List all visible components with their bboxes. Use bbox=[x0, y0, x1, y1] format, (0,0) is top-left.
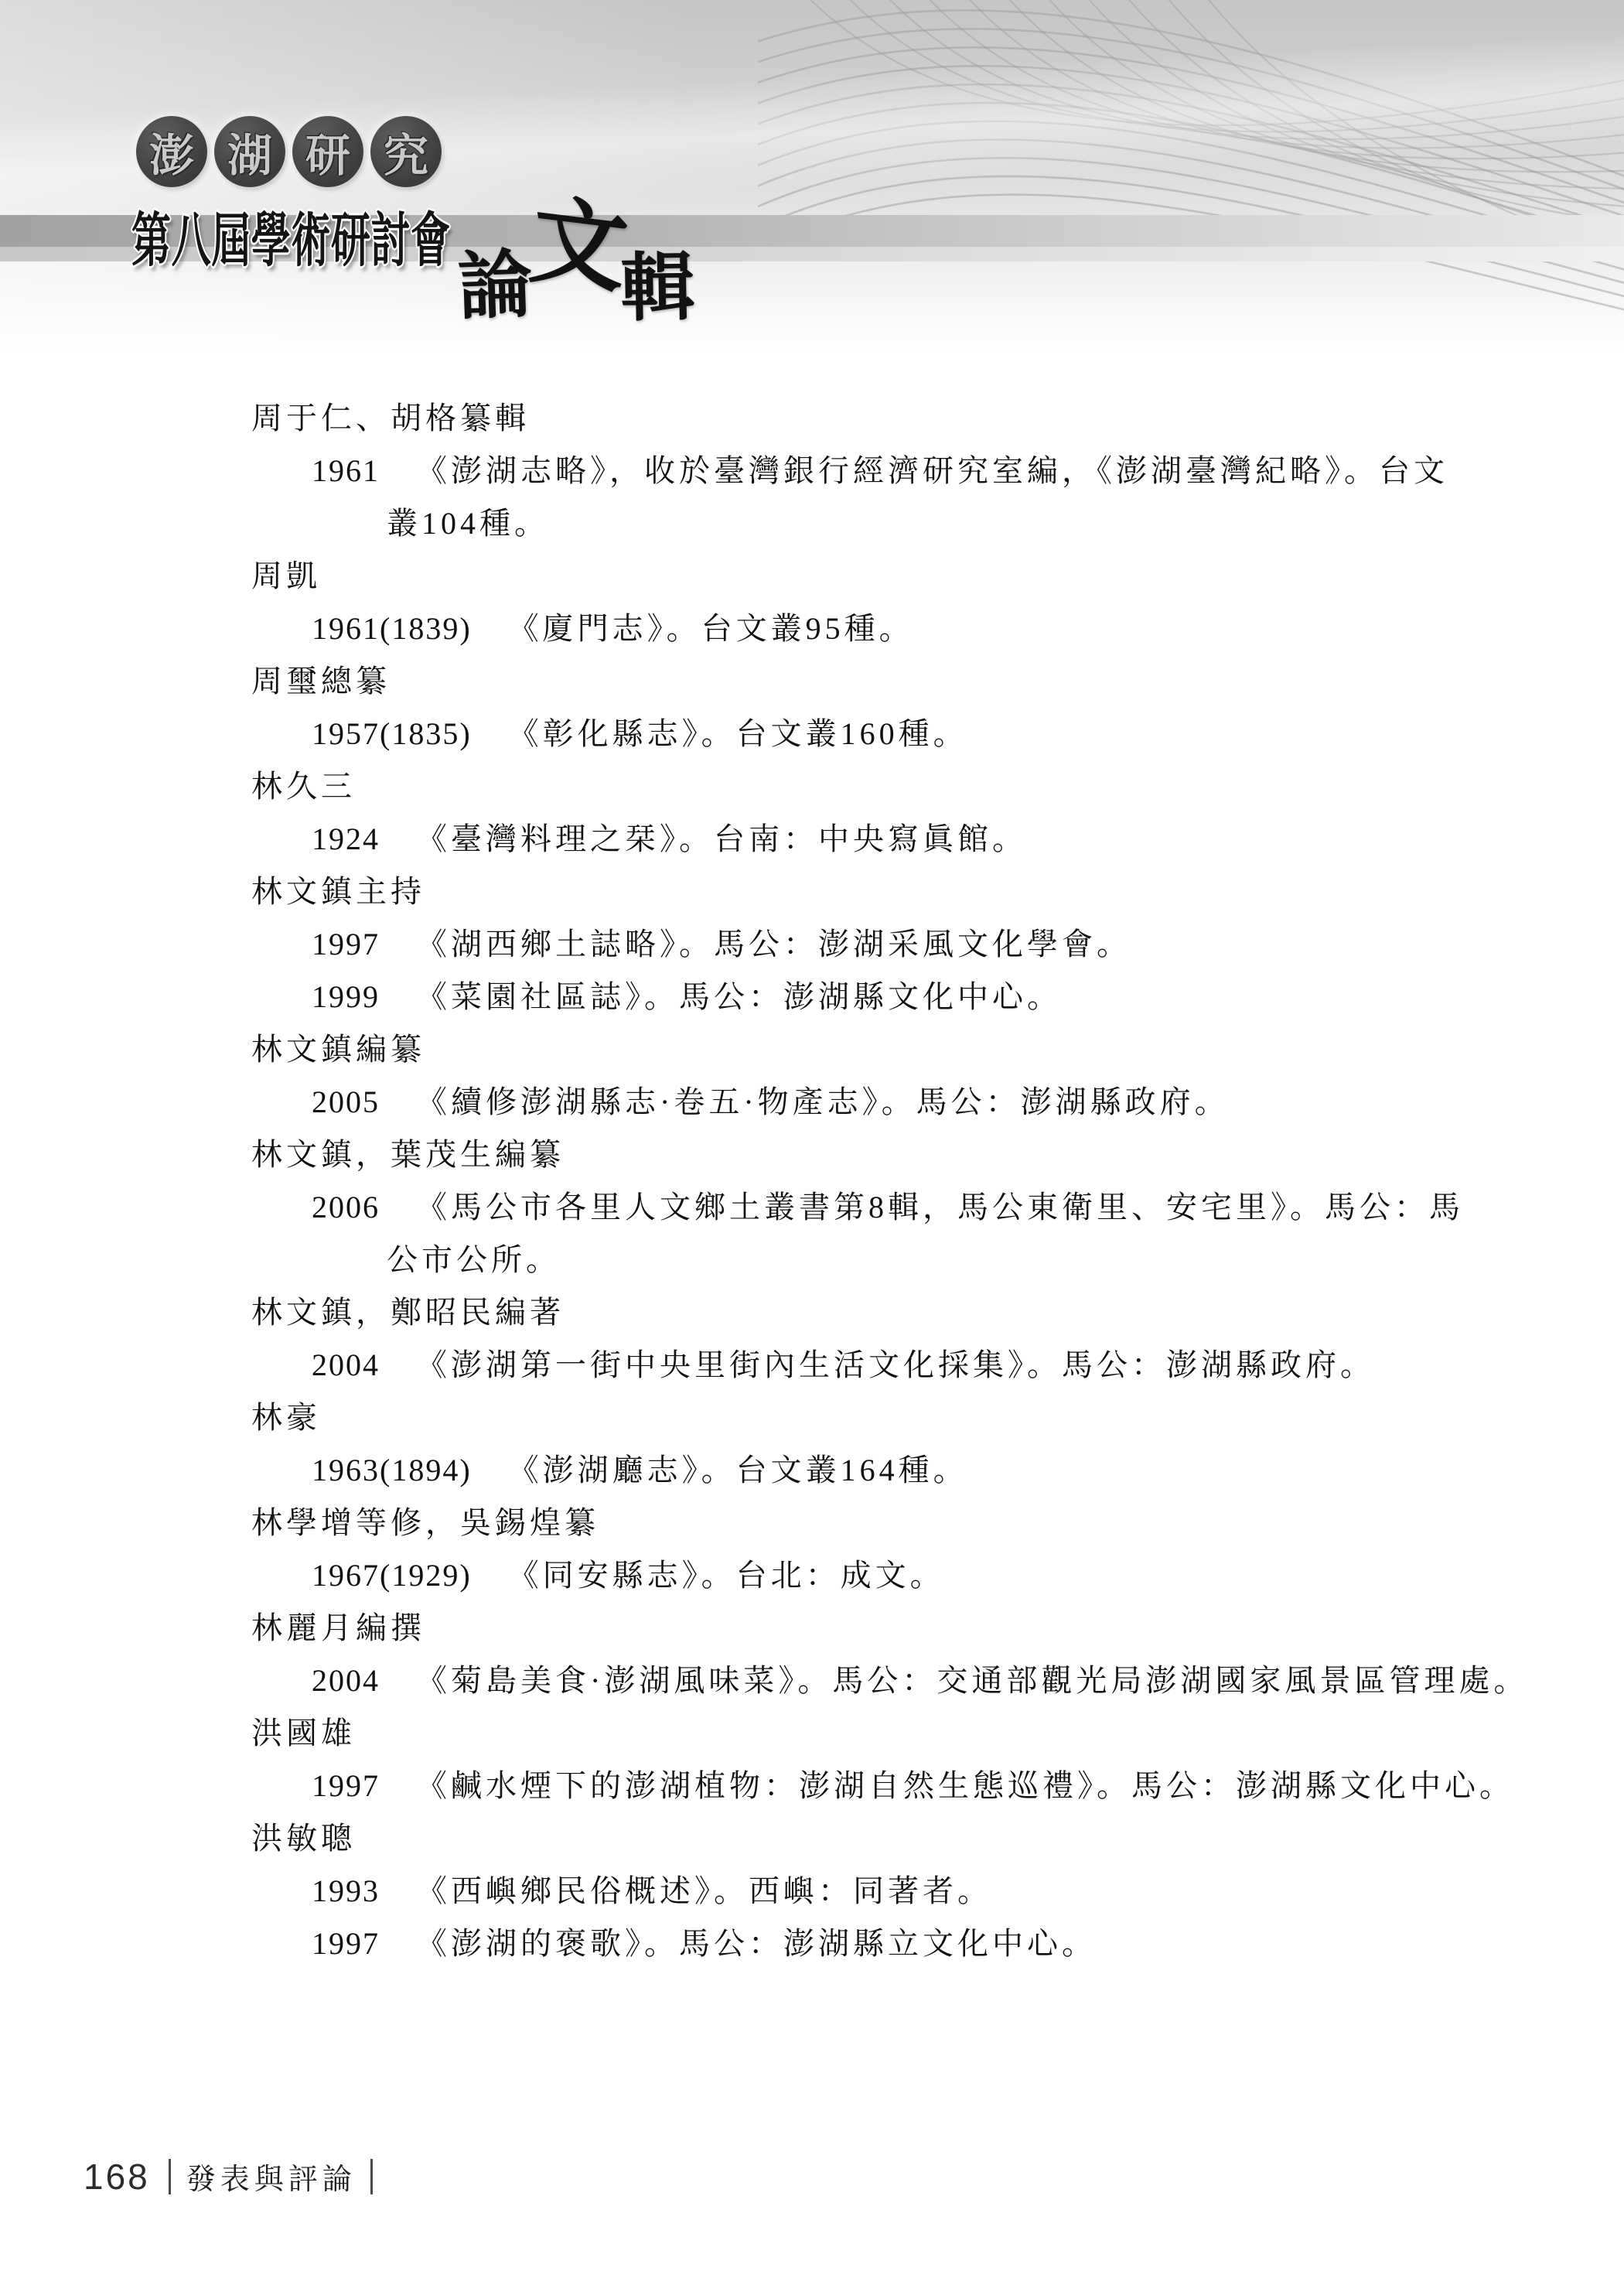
entry-year: 2005 bbox=[312, 1076, 380, 1129]
entry-year: 1924 bbox=[312, 813, 380, 866]
entry-line: 1924《臺灣料理之栞》。台南：中央寫眞館。 bbox=[0, 813, 1624, 866]
entry-line: 2005《續修澎湖縣志·卷五·物產志》。馬公：澎湖縣政府。 bbox=[0, 1076, 1624, 1129]
scanned-document-page: 澎 湖 研 究 第八屆學術研討會 論 文 輯 周于仁、胡格纂輯1961《澎湖志略… bbox=[0, 0, 1624, 2278]
entry-year: 1961 bbox=[312, 445, 380, 497]
author-heading: 洪國雄 bbox=[0, 1707, 1624, 1760]
entry-year: 1993 bbox=[312, 1865, 380, 1918]
author-heading: 林學增等修，吳錫煌纂 bbox=[0, 1497, 1624, 1549]
entry-year: 2006 bbox=[312, 1181, 380, 1234]
entry-text: 《澎湖第一街中央里街內生活文化採集》。馬公：澎湖縣政府。 bbox=[416, 1347, 1375, 1382]
entry-continuation-line: 公市公所。 bbox=[0, 1234, 1624, 1286]
page-footer: 168 發表與評論 bbox=[84, 2155, 373, 2198]
entry-year: 1997 bbox=[312, 918, 380, 971]
author-heading: 林文鎮主持 bbox=[0, 866, 1624, 918]
entry-year: 1997 bbox=[312, 1760, 380, 1812]
author-heading: 林文鎮，鄭昭民編著 bbox=[0, 1286, 1624, 1339]
footer-divider-bar bbox=[169, 2159, 171, 2194]
entry-text: 《廈門志》。台文叢95種。 bbox=[508, 611, 914, 646]
entry-text: 《澎湖廳志》。台文叢164種。 bbox=[508, 1453, 968, 1487]
calligraphy-char-ji: 輯 bbox=[619, 228, 695, 336]
logo-circle-char: 湖 bbox=[214, 116, 285, 187]
entry-text: 《西嶼鄉民俗概述》。西嶼：同著者。 bbox=[416, 1873, 992, 1908]
entry-text: 《彰化縣志》。台文叢160種。 bbox=[508, 716, 968, 751]
entry-continuation-line: 叢104種。 bbox=[0, 497, 1624, 550]
entry-year: 1997 bbox=[312, 1918, 380, 1970]
author-heading: 林久三 bbox=[0, 760, 1624, 813]
entry-text: 《臺灣料理之栞》。台南：中央寫眞館。 bbox=[416, 821, 1027, 856]
entry-line: 1993《西嶼鄉民俗概述》。西嶼：同著者。 bbox=[0, 1865, 1624, 1918]
entry-text: 《鹹水煙下的澎湖植物：澎湖自然生態巡禮》。馬公：澎湖縣文化中心。 bbox=[416, 1768, 1514, 1803]
entry-line: 2006《馬公市各里人文鄉土叢書第8輯，馬公東衛里、安宅里》。馬公：馬 bbox=[0, 1181, 1624, 1234]
conference-subtitle: 第八屆學術研討會 bbox=[131, 206, 451, 275]
bibliography: 周于仁、胡格纂輯1961《澎湖志略》，收於臺灣銀行經濟研究室編，《澎湖臺灣紀略》… bbox=[0, 392, 1624, 1970]
logo-circle-char: 澎 bbox=[136, 116, 207, 187]
entry-line: 1997《鹹水煙下的澎湖植物：澎湖自然生態巡禮》。馬公：澎湖縣文化中心。 bbox=[0, 1760, 1624, 1812]
entry-year: 2004 bbox=[312, 1655, 380, 1707]
entry-year: 1957(1835) bbox=[312, 708, 472, 760]
author-heading: 林文鎮編纂 bbox=[0, 1023, 1624, 1076]
logo-circle-char: 究 bbox=[370, 116, 442, 187]
entry-line: 1997《澎湖的褒歌》。馬公：澎湖縣立文化中心。 bbox=[0, 1918, 1624, 1970]
entry-text: 《澎湖的褒歌》。馬公：澎湖縣立文化中心。 bbox=[416, 1926, 1097, 1961]
author-heading: 周凱 bbox=[0, 550, 1624, 603]
page-number: 168 bbox=[84, 2156, 150, 2198]
entry-year: 1999 bbox=[312, 971, 380, 1023]
entry-year: 1967(1929) bbox=[312, 1549, 472, 1602]
entry-line: 1961《澎湖志略》，收於臺灣銀行經濟研究室編，《澎湖臺灣紀略》。台文 bbox=[0, 445, 1624, 497]
entry-text: 《湖西鄉土誌略》。馬公：澎湖采風文化學會。 bbox=[416, 927, 1131, 961]
entry-line: 1957(1835)《彰化縣志》。台文叢160種。 bbox=[0, 708, 1624, 760]
author-heading: 林文鎮，葉茂生編纂 bbox=[0, 1129, 1624, 1181]
footer-section-label: 發表與評論 bbox=[186, 2155, 357, 2198]
entry-line: 2004《澎湖第一街中央里街內生活文化採集》。馬公：澎湖縣政府。 bbox=[0, 1339, 1624, 1392]
entry-year: 1961(1839) bbox=[312, 603, 472, 655]
author-heading: 周璽總纂 bbox=[0, 655, 1624, 708]
entry-text: 《菜園社區誌》。馬公：澎湖縣文化中心。 bbox=[416, 979, 1062, 1014]
entry-year: 2004 bbox=[312, 1339, 380, 1392]
logo-circle-char: 研 bbox=[292, 116, 363, 187]
author-heading: 洪敏聰 bbox=[0, 1812, 1624, 1865]
entry-text: 《澎湖志略》，收於臺灣銀行經濟研究室編，《澎湖臺灣紀略》。台文 bbox=[416, 453, 1448, 488]
entry-line: 1961(1839)《廈門志》。台文叢95種。 bbox=[0, 603, 1624, 655]
calligraphy-char-lun: 論 bbox=[456, 225, 534, 333]
entry-line: 1963(1894)《澎湖廳志》。台文叢164種。 bbox=[0, 1444, 1624, 1497]
author-heading: 林豪 bbox=[0, 1392, 1624, 1444]
author-heading: 周于仁、胡格纂輯 bbox=[0, 392, 1624, 445]
entry-line: 1997《湖西鄉土誌略》。馬公：澎湖采風文化學會。 bbox=[0, 918, 1624, 971]
entry-text: 《同安縣志》。台北：成文。 bbox=[508, 1558, 945, 1593]
entry-text: 《菊島美食·澎湖風味菜》。馬公：交通部觀光局澎湖國家風景區管理處。 bbox=[416, 1663, 1528, 1698]
entry-line: 1999《菜園社區誌》。馬公：澎湖縣文化中心。 bbox=[0, 971, 1624, 1023]
footer-divider-bar bbox=[370, 2159, 373, 2194]
penghu-research-logo: 澎 湖 研 究 bbox=[136, 116, 449, 187]
entry-line: 2004《菊島美食·澎湖風味菜》。馬公：交通部觀光局澎湖國家風景區管理處。 bbox=[0, 1655, 1624, 1707]
entry-line: 1967(1929)《同安縣志》。台北：成文。 bbox=[0, 1549, 1624, 1602]
entry-text: 《續修澎湖縣志·卷五·物產志》。馬公：澎湖縣政府。 bbox=[416, 1084, 1230, 1119]
entry-year: 1963(1894) bbox=[312, 1444, 472, 1497]
author-heading: 林麗月編撰 bbox=[0, 1602, 1624, 1655]
entry-text: 《馬公市各里人文鄉土叢書第8輯，馬公東衛里、安宅里》。馬公：馬 bbox=[416, 1190, 1464, 1224]
